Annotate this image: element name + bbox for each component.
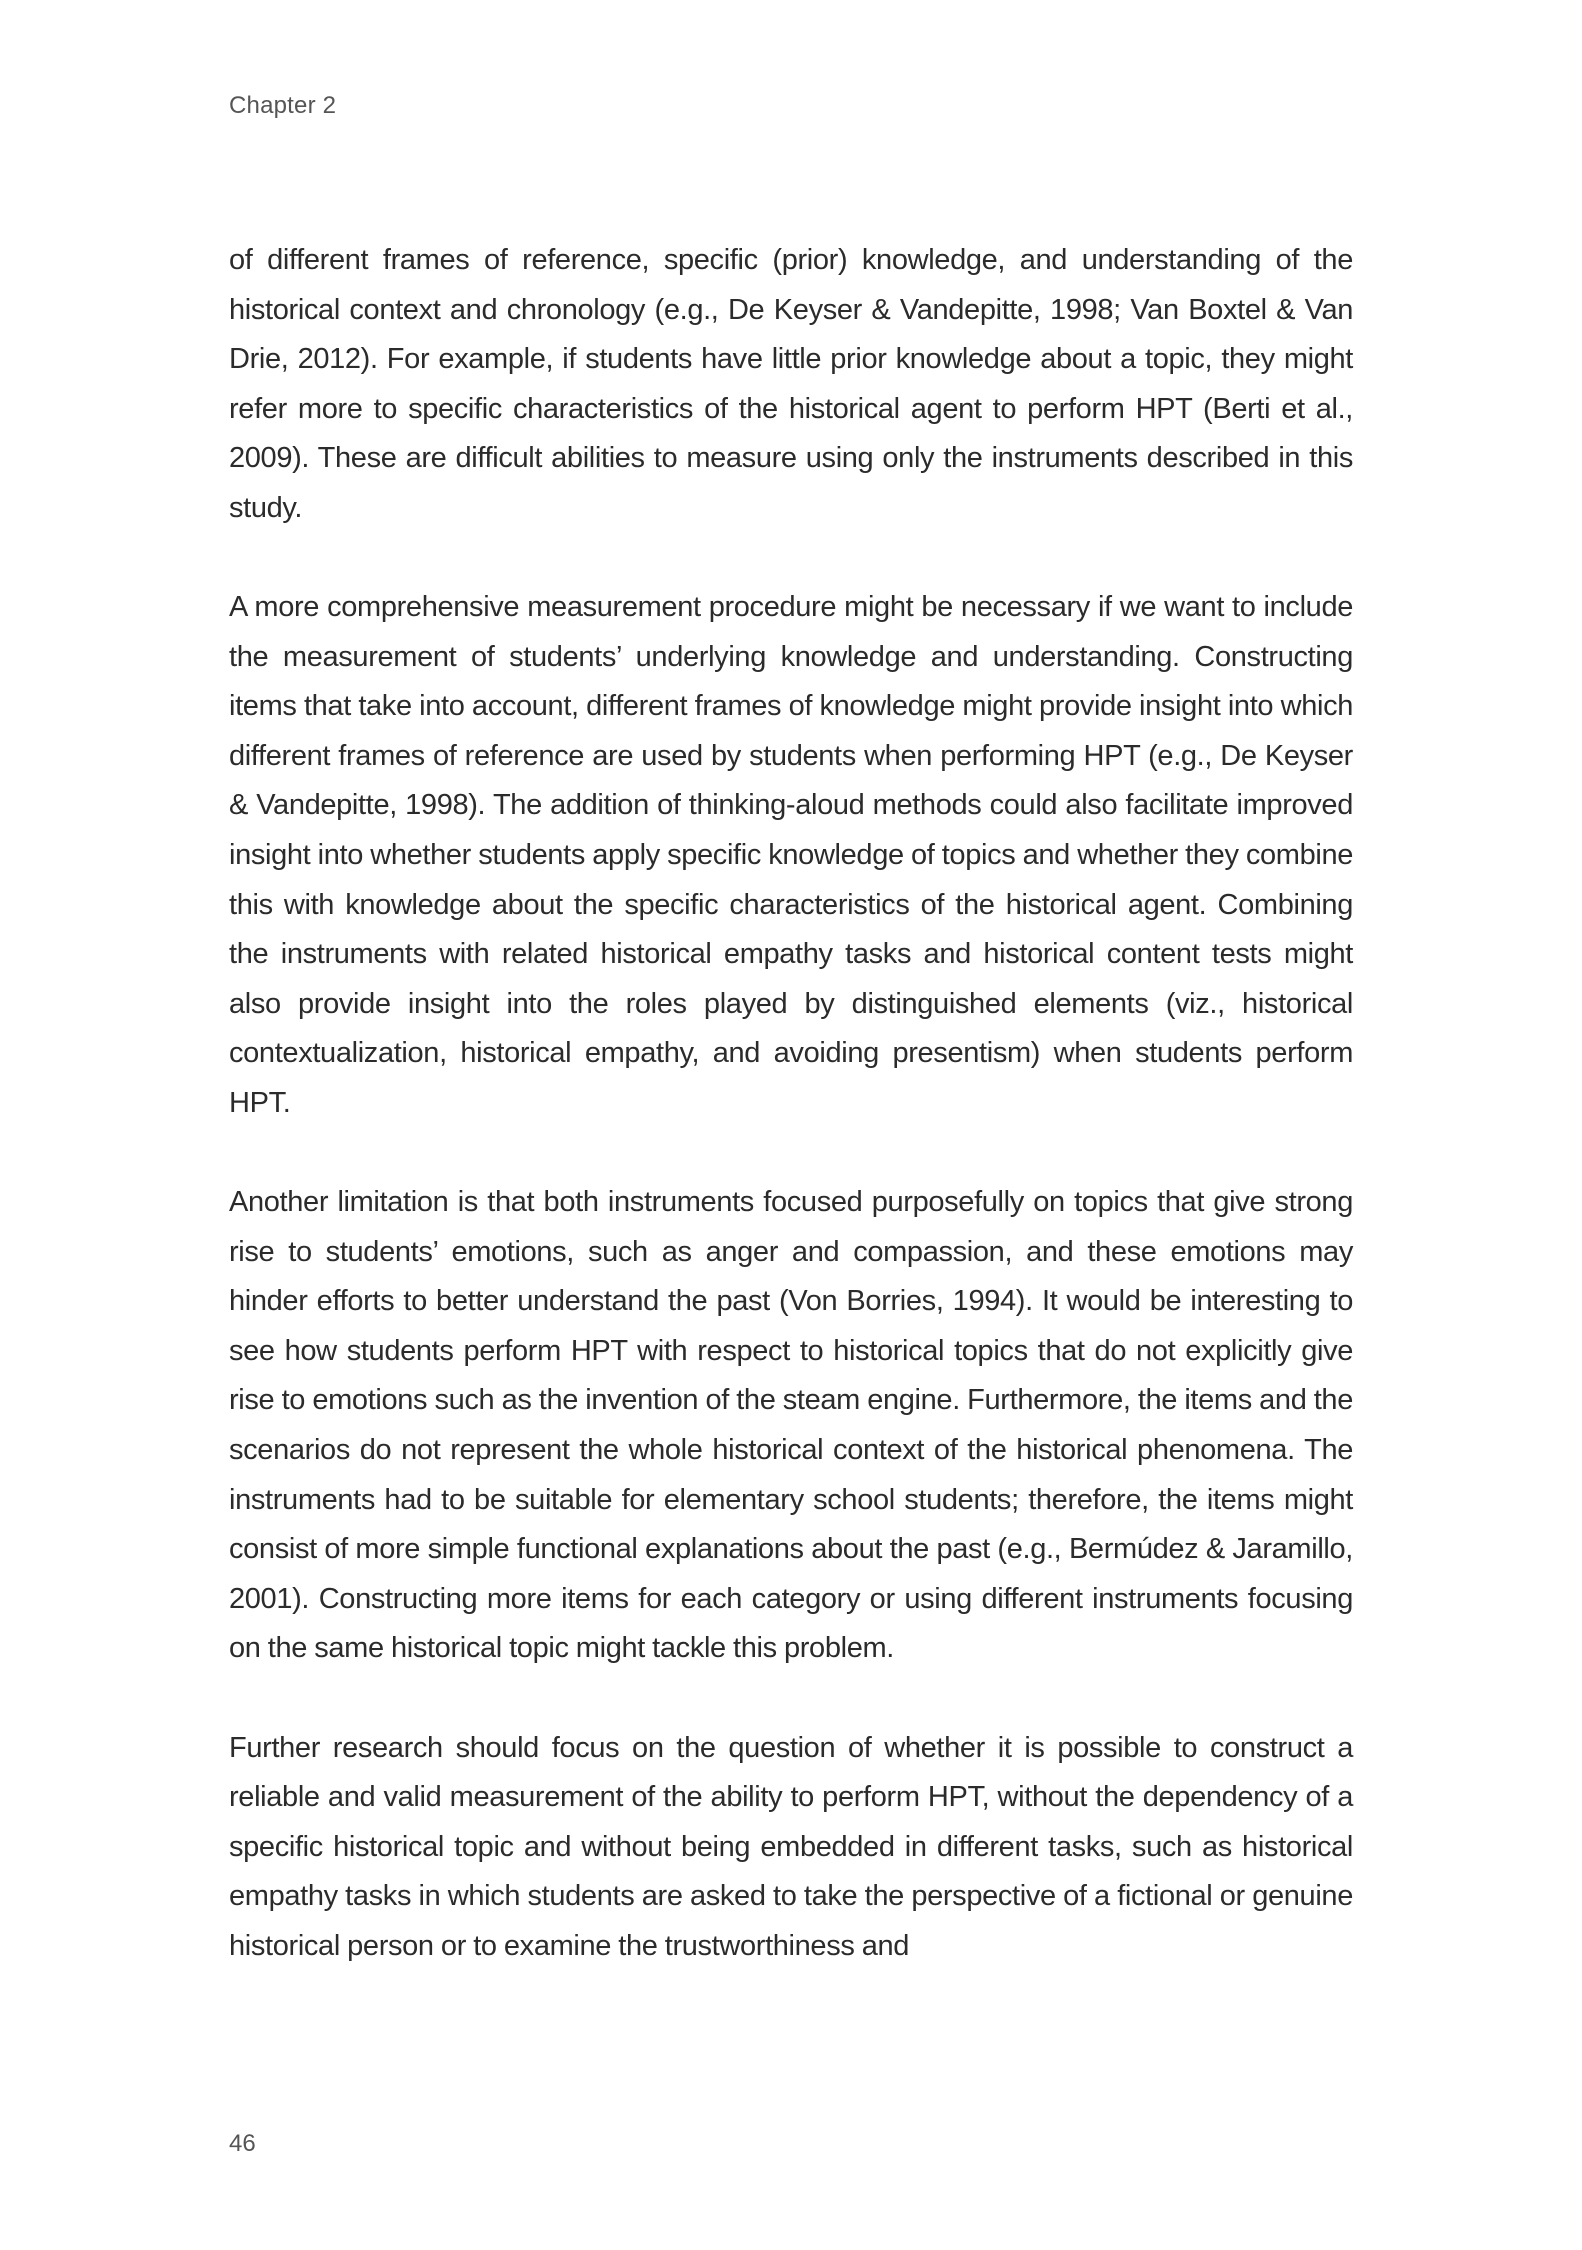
body-text: of different frames of reference, specif… [229,236,1353,2021]
page-number: 46 [229,2130,256,2158]
paragraph-further-research: Further research should focus on the que… [229,1724,1353,1972]
paragraph-comprehensive-measurement: A more comprehensive measurement procedu… [229,583,1353,1129]
paragraph-emotional-topics-limitation: Another limitation is that both instrume… [229,1178,1353,1674]
paragraph-measurement-limitations: of different frames of reference, specif… [229,236,1353,534]
running-header-chapter-title: Chapter 2 [229,92,336,120]
